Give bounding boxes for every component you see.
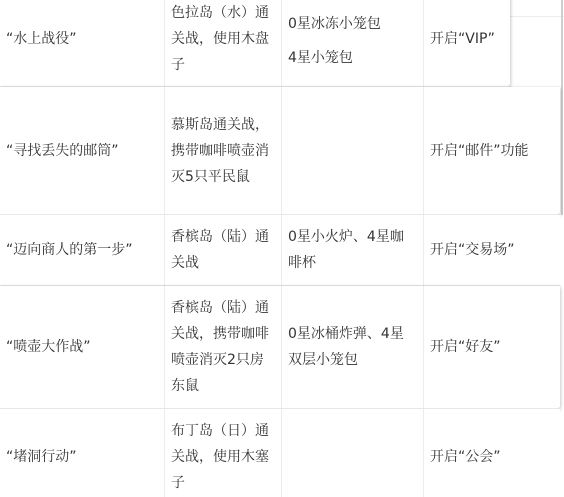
table-row[interactable]: “寻找丢失的邮筒” 慕斯岛通关战，携带咖啡喷壶消灭5只平民鼠 开启“邮件”功能 <box>0 87 560 215</box>
unlock-cell: 开启“交易场” <box>424 215 560 285</box>
task-name-cell: “寻找丢失的邮筒” <box>0 87 165 214</box>
task-name: “寻找丢失的邮筒” <box>6 138 119 164</box>
task-name: “水上战役” <box>6 26 77 52</box>
table-row[interactable]: “水上战役” 色拉岛（水）通关战，使用木盘子 0星冰冻小笼包 4星小笼包 开启“… <box>0 0 510 87</box>
unlock-feature: 开启“邮件”功能 <box>430 138 529 164</box>
condition-cell: 色拉岛（水）通关战，使用木盘子 <box>165 0 282 86</box>
reward-cell: 0星冰桶炸弹、4星双层小笼包 <box>282 286 424 408</box>
scrollbar-edge[interactable] <box>561 0 563 215</box>
condition-cell: 布丁岛（日）通关战，使用木塞子 <box>165 409 282 497</box>
reward-cell <box>282 409 424 497</box>
reward-cell <box>282 87 424 214</box>
task-name-cell: “堵洞行动” <box>0 409 165 497</box>
task-condition: 香槟岛（陆）通关战，携带咖啡喷壶消灭2只房东鼠 <box>171 295 275 399</box>
task-name-cell: “迈向商人的第一步” <box>0 215 165 285</box>
task-name: “堵洞行动” <box>6 444 77 470</box>
condition-cell: 香槟岛（陆）通关战，携带咖啡喷壶消灭2只房东鼠 <box>165 286 282 408</box>
reward-line: 4星小笼包 <box>288 45 381 71</box>
table-row[interactable]: “堵洞行动” 布丁岛（日）通关战，使用木塞子 开启“公会” <box>0 409 560 497</box>
task-name: “迈向商人的第一步” <box>6 237 133 263</box>
task-name: “喷壶大作战” <box>6 334 91 360</box>
reward-line: 0星冰桶炸弹、4星双层小笼包 <box>288 321 417 373</box>
task-name-cell: “喷壶大作战” <box>0 286 165 408</box>
table-row[interactable]: “喷壶大作战” 香槟岛（陆）通关战，携带咖啡喷壶消灭2只房东鼠 0星冰桶炸弹、4… <box>0 286 560 409</box>
reward-line: 0星小火炉、4星咖啡杯 <box>288 224 417 276</box>
unlock-cell: 开启“公会” <box>424 409 560 497</box>
reward-cell: 0星小火炉、4星咖啡杯 <box>282 215 424 285</box>
unlock-feature: 开启“公会” <box>430 444 501 470</box>
condition-cell: 慕斯岛通关战，携带咖啡喷壶消灭5只平民鼠 <box>165 87 282 214</box>
table-row[interactable]: “迈向商人的第一步” 香槟岛（陆）通关战 0星小火炉、4星咖啡杯 开启“交易场” <box>0 215 560 286</box>
reward-line: 0星冰冻小笼包 <box>288 11 381 37</box>
unlock-cell: 开启“邮件”功能 <box>424 87 560 214</box>
task-condition: 色拉岛（水）通关战，使用木盘子 <box>171 0 275 78</box>
condition-cell: 香槟岛（陆）通关战 <box>165 215 282 285</box>
unlock-cell: 开启“好友” <box>424 286 560 408</box>
task-condition: 布丁岛（日）通关战，使用木塞子 <box>171 418 275 496</box>
reward-cell: 0星冰冻小笼包 4星小笼包 <box>282 0 424 86</box>
task-condition: 慕斯岛通关战，携带咖啡喷壶消灭5只平民鼠 <box>171 112 275 190</box>
task-condition: 香槟岛（陆）通关战 <box>171 224 275 276</box>
unlock-feature: 开启“好友” <box>430 334 501 360</box>
unlock-cell: 开启“VIP” <box>424 0 510 86</box>
unlock-feature: 开启“交易场” <box>430 237 515 263</box>
unlock-feature: 开启“VIP” <box>430 26 495 52</box>
task-name-cell: “水上战役” <box>0 0 165 86</box>
